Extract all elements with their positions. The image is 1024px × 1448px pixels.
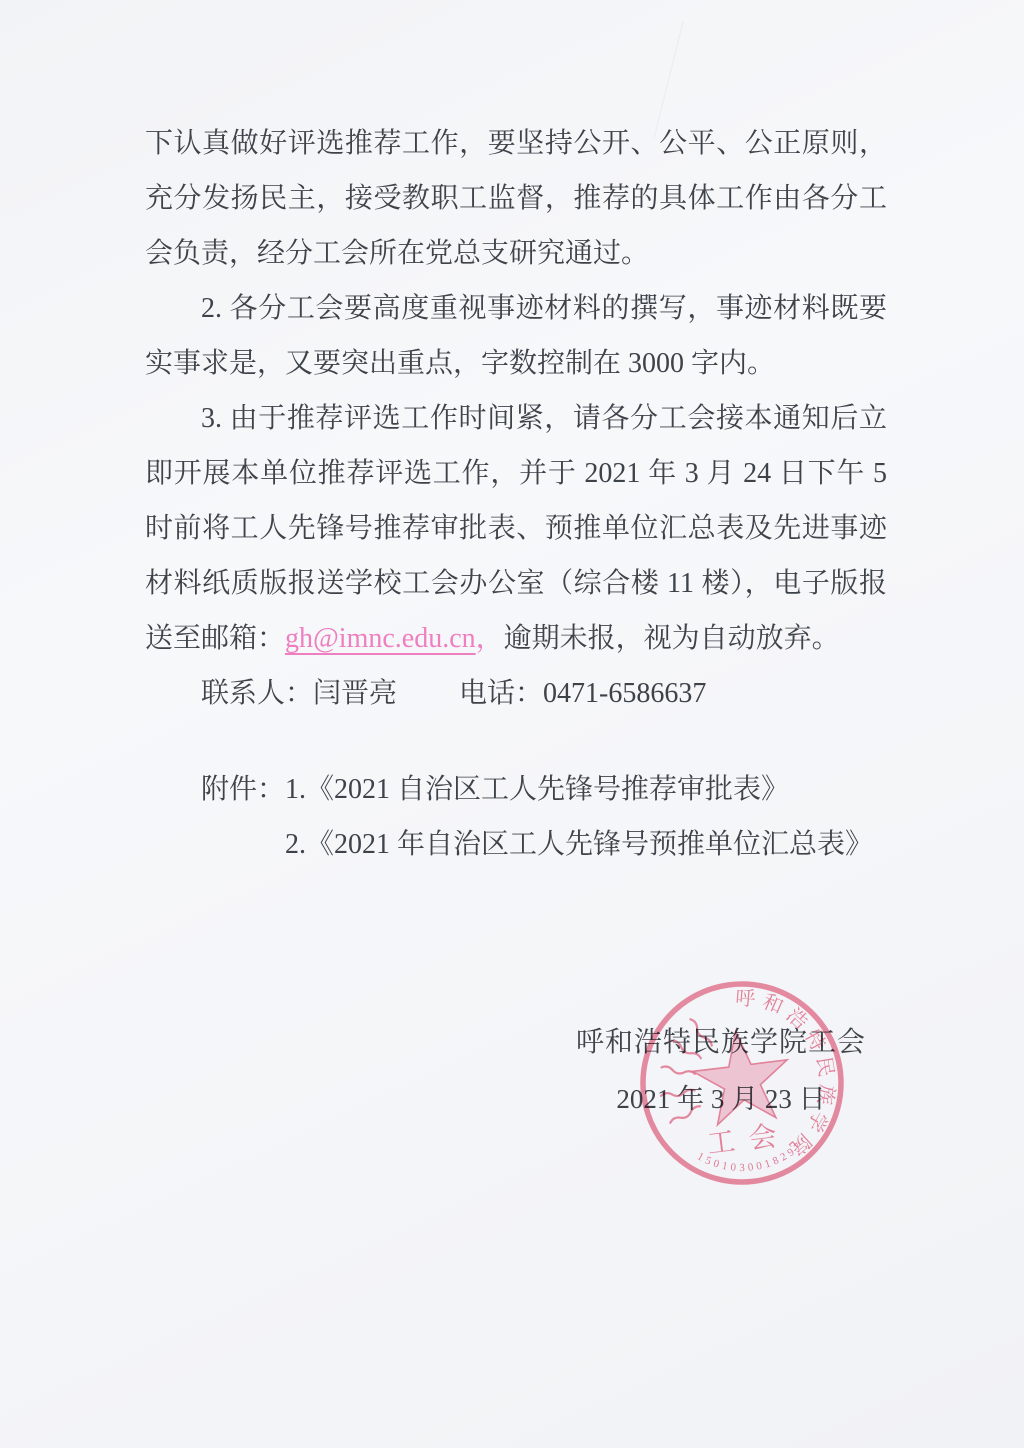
attachment-item-2: 2.《2021 年自治区工人先锋号预推单位汇总表》 bbox=[145, 817, 887, 872]
signature-org: 呼和浩特民族学院工会 bbox=[558, 1028, 884, 1058]
contact-line: 联系人：闫晋亮电话：0471-6586637 bbox=[145, 666, 887, 721]
attachments-block: 附件：1.《2021 自治区工人先锋号推荐审批表》 2.《2021 年自治区工人… bbox=[145, 762, 887, 872]
seal-center-label: 工会 bbox=[705, 1119, 792, 1161]
notice-body: 下认真做好评选推荐工作，要坚持公开、公平、公正原则，充分发扬民主，接受教职工监督… bbox=[145, 116, 887, 721]
email-comma: ， bbox=[476, 623, 504, 654]
attachment-line-1: 附件：1.《2021 自治区工人先锋号推荐审批表》 bbox=[145, 762, 887, 817]
contact-person: 联系人：闫晋亮 bbox=[201, 678, 397, 709]
document-page: 下认真做好评选推荐工作，要坚持公开、公平、公正原则，充分发扬民主，接受教职工监督… bbox=[0, 0, 1024, 1448]
seal-serial: 1501030018297 bbox=[694, 1138, 809, 1181]
contact-phone: 电话：0471-6586637 bbox=[459, 678, 706, 709]
signature-block: 呼和浩特民族学院工会 2021 年 3 月 23 日 bbox=[558, 1028, 884, 1114]
paragraph-3-tail: 逾期未报，视为自动放弃。 bbox=[504, 623, 840, 654]
paragraph-3: 3. 由于推荐评选工作时间紧，请各分工会接本通知后立即开展本单位推荐评选工作，并… bbox=[145, 391, 887, 666]
attachment-item-1: 1.《2021 自治区工人先锋号推荐审批表》 bbox=[285, 774, 789, 805]
signature-date: 2021 年 3 月 23 日 bbox=[558, 1084, 884, 1114]
attachments-label: 附件： bbox=[201, 774, 285, 805]
paragraph-3-text: 3. 由于推荐评选工作时间紧，请各分工会接本通知后立即开展本单位推荐评选工作，并… bbox=[145, 403, 887, 654]
paragraph-1: 下认真做好评选推荐工作，要坚持公开、公平、公正原则，充分发扬民主，接受教职工监督… bbox=[145, 116, 887, 281]
paragraph-2: 2. 各分工会要高度重视事迹材料的撰写，事迹材料既要实事求是，又要突出重点，字数… bbox=[145, 281, 887, 391]
email-link[interactable]: gh@imnc.edu.cn bbox=[285, 623, 476, 654]
